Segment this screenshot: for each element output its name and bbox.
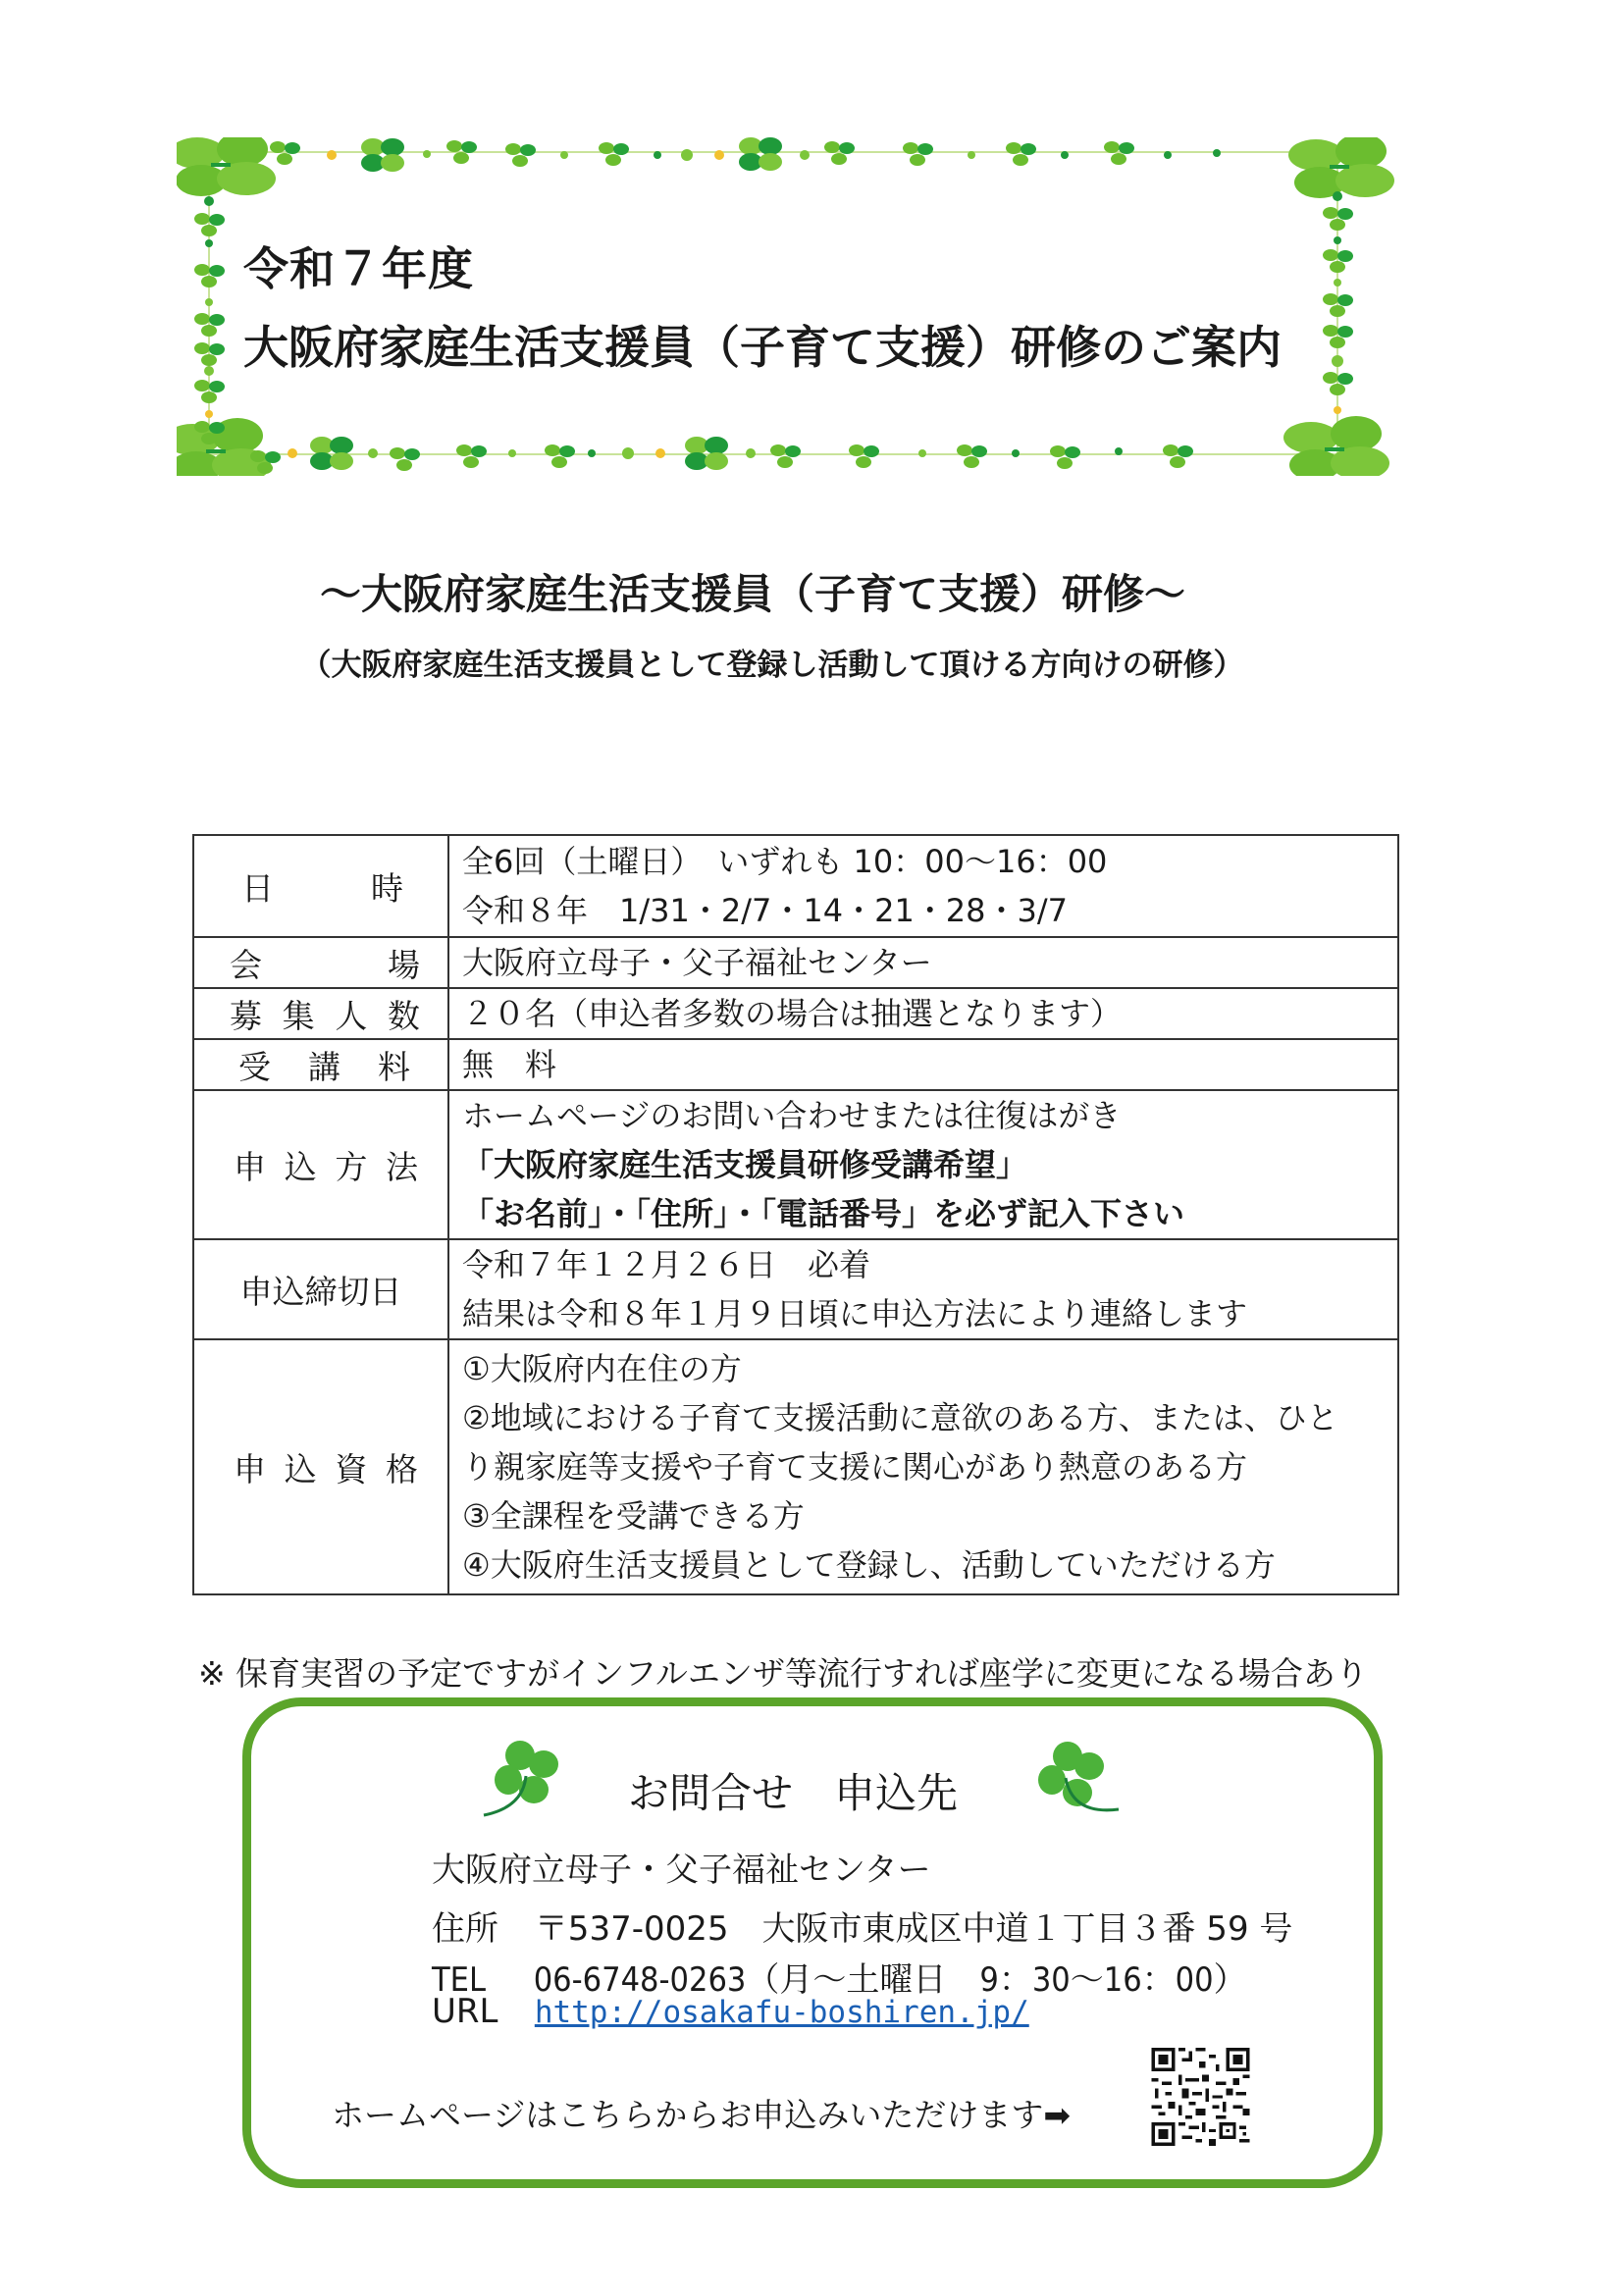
contact-title: お問合せ 申込先	[628, 1761, 958, 1820]
contact-address-line: 住所 〒537-0025 大阪市東成区中道１丁目３番 59 号	[432, 1902, 1292, 1950]
label-char: 講	[308, 1042, 340, 1088]
label-capacity: 募 集 人 数	[193, 988, 448, 1039]
label-venue: 会 場	[193, 937, 448, 988]
value-datetime: 全6回（土曜日） いずれも 10：00～16：00 令和８年 1/31・2/7・…	[448, 835, 1398, 937]
address-value: 〒537-0025 大阪市東成区中道１丁目３番 59 号	[535, 1909, 1293, 1949]
venue-text: 大阪府立母子・父子福祉センター	[449, 938, 1397, 987]
title-year: 令和７年度	[243, 234, 474, 298]
label-char: 格	[386, 1444, 418, 1490]
label-fee: 受 講 料	[193, 1039, 448, 1090]
table-row-datetime: 日 時 全6回（土曜日） いずれも 10：00～16：00 令和８年 1/31・…	[193, 835, 1398, 937]
schedule-dates: 令和８年 1/31・2/7・14・21・28・3/7	[449, 886, 1397, 935]
table-row-venue: 会 場 大阪府立母子・父子福祉センター	[193, 937, 1398, 988]
label-char: 法	[386, 1142, 418, 1188]
method-subject: 「大阪府家庭生活支援員研修受講希望」	[449, 1140, 1397, 1189]
label-char: 込	[285, 1444, 317, 1490]
value-capacity: ２０名（申込者多数の場合は抽選となります）	[448, 988, 1398, 1039]
value-fee: 無 料	[448, 1039, 1398, 1090]
contact-url-line: URL http://osakafu-boshiren.jp/	[432, 1992, 1029, 2031]
clover-frame	[177, 137, 1403, 476]
label-char: 方	[335, 1142, 367, 1188]
label-text: 申込締切日	[240, 1267, 402, 1313]
label-char: 日	[241, 863, 274, 910]
label-char: 集	[283, 991, 315, 1037]
method-text: ホームページのお問い合わせまたは往復はがき	[449, 1091, 1397, 1140]
fee-text: 無 料	[449, 1040, 1397, 1089]
label-char: 受	[238, 1042, 271, 1088]
eligibility-item: ②地域における子育て支援活動に意欲のある方、または、ひと	[449, 1393, 1397, 1442]
label-char: 申	[234, 1142, 266, 1188]
label-application-method: 申 込 方 法	[193, 1090, 448, 1239]
course-subheading: （大阪府家庭生活支援員として登録し活動して頂ける方向けの研修）	[0, 640, 1623, 684]
value-venue: 大阪府立母子・父子福祉センター	[448, 937, 1398, 988]
qr-code-icon[interactable]	[1145, 2048, 1256, 2146]
label-char: 人	[335, 991, 367, 1037]
label-deadline: 申込締切日	[193, 1239, 448, 1339]
schedule-text: 全6回（土曜日） いずれも 10：00～16：00	[449, 837, 1397, 886]
label-eligibility: 申 込 資 格	[193, 1339, 448, 1594]
page-title: 大阪府家庭生活支援員（子育て支援）研修のご案内	[243, 312, 1282, 377]
label-char: 場	[388, 940, 420, 986]
label-char: 数	[388, 991, 420, 1037]
url-label: URL	[432, 1992, 500, 2031]
method-required-fields: 「お名前」・「住所」・「電話番号」を必ず記入下さい	[449, 1189, 1397, 1238]
label-datetime: 日 時	[193, 835, 448, 937]
label-char: 時	[371, 863, 403, 910]
value-eligibility: ①大阪府内在住の方 ②地域における子育て支援活動に意欲のある方、または、ひと り…	[448, 1339, 1398, 1594]
eligibility-item: ①大阪府内在住の方	[449, 1344, 1397, 1393]
eligibility-item: り親家庭等支援や子育て支援に関心があり熱意のある方	[449, 1442, 1397, 1491]
eligibility-item: ③全課程を受講できる方	[449, 1491, 1397, 1540]
clover-icon	[479, 1739, 567, 1822]
label-char: 申	[234, 1444, 266, 1490]
clover-border-icon	[177, 137, 1403, 476]
homepage-note: ホームページはこちらからお申込みいただけます➡	[332, 2090, 1071, 2136]
clover-icon	[1028, 1739, 1122, 1822]
deadline-text: 令和７年１２月２６日 必着	[449, 1240, 1397, 1289]
table-row-capacity: 募 集 人 数 ２０名（申込者多数の場合は抽選となります）	[193, 988, 1398, 1039]
value-deadline: 令和７年１２月２６日 必着 結果は令和８年１月９日頃に申込方法により連絡します	[448, 1239, 1398, 1339]
table-row-eligibility: 申 込 資 格 ①大阪府内在住の方 ②地域における子育て支援活動に意欲のある方、…	[193, 1339, 1398, 1594]
label-char: 会	[230, 940, 262, 986]
label-char: 資	[335, 1444, 367, 1490]
info-table: 日 時 全6回（土曜日） いずれも 10：00～16：00 令和８年 1/31・…	[192, 834, 1399, 1595]
address-label: 住所	[432, 1902, 500, 1950]
result-notice: 結果は令和８年１月９日頃に申込方法により連絡します	[449, 1289, 1397, 1338]
label-char: 込	[285, 1142, 317, 1188]
practicum-note: ※ 保育実習の予定ですがインフルエンザ等流行すれば座学に変更になる場合あり	[198, 1648, 1368, 1695]
website-link[interactable]: http://osakafu-boshiren.jp/	[535, 1995, 1029, 2030]
contact-organization: 大阪府立母子・父子福祉センター	[432, 1843, 931, 1891]
table-row-application-method: 申 込 方 法 ホームページのお問い合わせまたは往復はがき 「大阪府家庭生活支援…	[193, 1090, 1398, 1239]
value-application-method: ホームページのお問い合わせまたは往復はがき 「大阪府家庭生活支援員研修受講希望」…	[448, 1090, 1398, 1239]
label-char: 料	[378, 1042, 410, 1088]
table-row-deadline: 申込締切日 令和７年１２月２６日 必着 結果は令和８年１月９日頃に申込方法により…	[193, 1239, 1398, 1339]
course-heading: ～大阪府家庭生活支援員（子育て支援）研修～	[0, 562, 1623, 621]
table-row-fee: 受 講 料 無 料	[193, 1039, 1398, 1090]
eligibility-item: ④大阪府生活支援員として登録し、活動していただける方	[449, 1540, 1397, 1590]
capacity-text: ２０名（申込者多数の場合は抽選となります）	[449, 989, 1397, 1038]
label-char: 募	[230, 991, 262, 1037]
